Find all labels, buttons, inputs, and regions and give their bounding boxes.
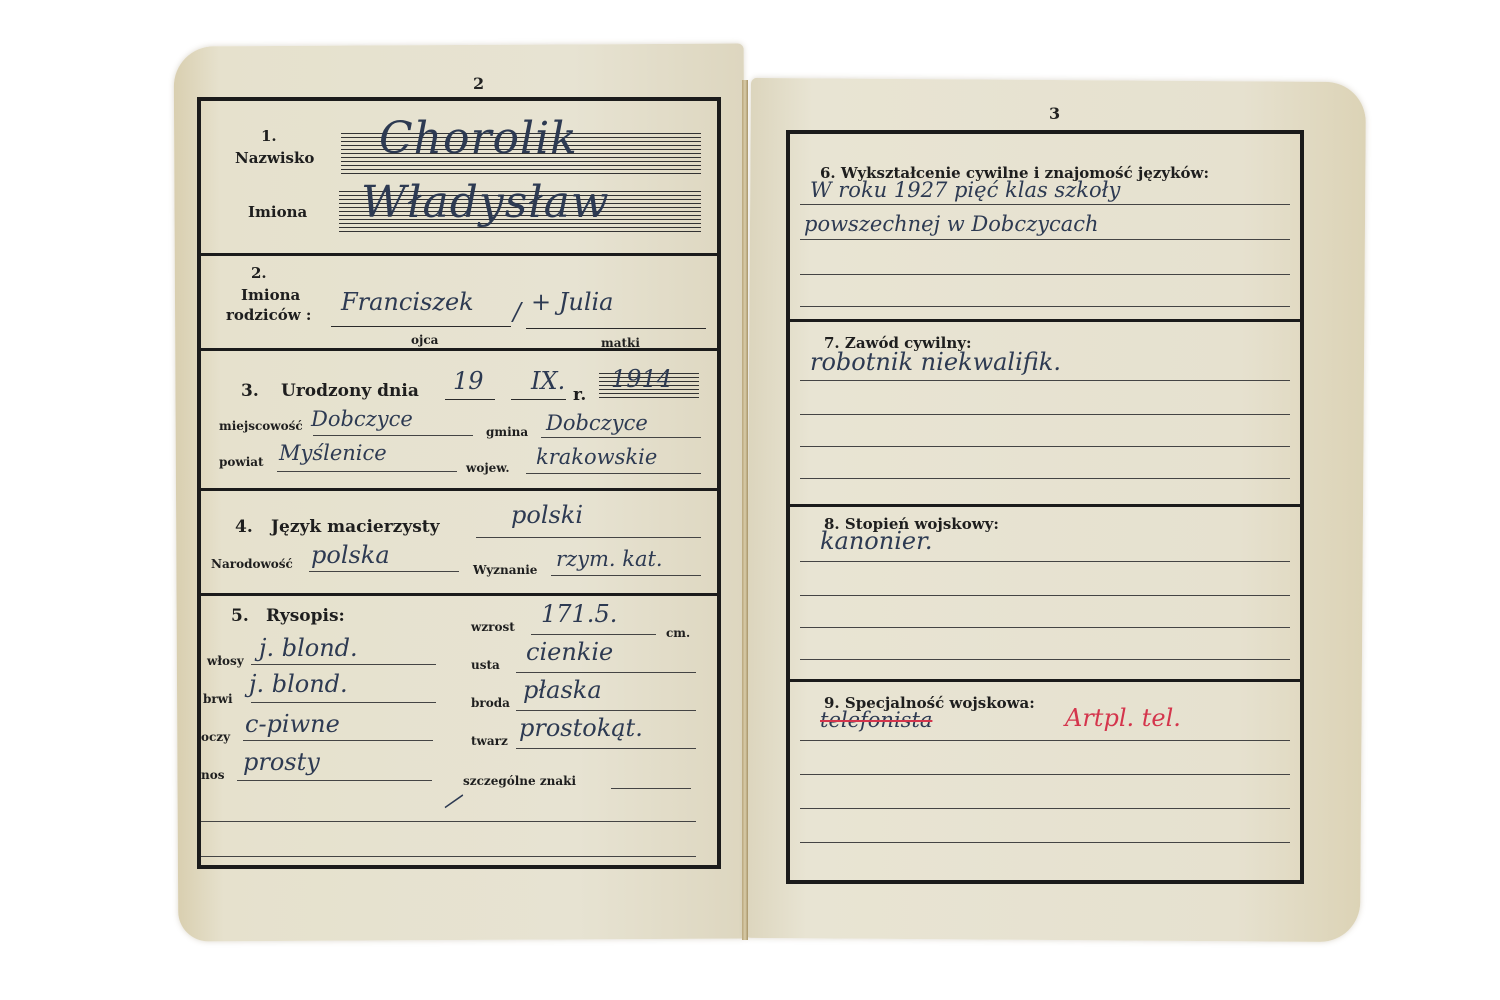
left-form-frame: 1. Nazwisko Chorolik Imiona Władysław 2.… [197,97,721,869]
birth-year-value: 1914 [611,365,672,393]
hair-line [251,664,436,665]
section-language: 4. Język macierzysty polski Narodowość p… [201,491,717,596]
mother-tongue-label: Język macierzysty [271,517,440,537]
height-value: 171.5. [541,600,617,628]
specialty-corrected-value: Artpl. tel. [1065,704,1181,732]
section-2-number: 2. [251,264,267,282]
section-description: 5. Rysopis: wzrost 171.5. cm. włosy j. b… [201,596,717,866]
height-label: wzrost [471,620,515,634]
section-1-number: 1. [261,127,277,145]
given-names-label: Imiona [248,203,307,221]
parents-label-line1: Imiona [241,286,300,304]
rank-line-4 [800,659,1290,660]
eyes-line [243,740,433,741]
section-profession: 7. Zawód cywilny: robotnik niekwalifik. [790,322,1300,507]
brows-line [251,702,436,703]
place-line [313,435,473,436]
parents-label-line2: rodziców : [226,306,311,324]
rank-line-3 [800,627,1290,628]
father-name-value: Franciszek [341,288,474,316]
face-label: twarz [471,734,508,748]
description-extra-line-2 [201,856,696,857]
voivodeship-label: wojew. [466,461,510,475]
rank-line-1 [800,561,1290,562]
born-label: Urodzony dnia [281,381,419,401]
given-names-value: Władysław [361,177,610,228]
section-name: 1. Nazwisko Chorolik Imiona Władysław [201,101,717,256]
parents-separator: / [513,298,521,326]
rank-value: kanonier. [820,527,933,555]
face-value: prostokąt. [519,714,643,742]
brows-value: j. blond. [249,670,348,698]
brows-label: brwi [203,692,233,706]
specialty-line-3 [800,808,1290,809]
father-caption: ojca [411,333,438,347]
mother-tongue-line [476,537,701,538]
education-line-1 [800,204,1290,205]
voivodeship-value: krakowskie [536,445,657,469]
district-label: powiat [219,455,264,469]
profession-line-1 [800,380,1290,381]
profession-value: robotnik niekwalifik. [810,348,1061,376]
education-value-line2: powszechnej w Dobczycach [804,212,1099,236]
hair-value: j. blond. [259,634,358,662]
father-line [331,326,511,327]
specialty-line-1 [800,740,1290,741]
profession-line-4 [800,478,1290,479]
nose-line [237,780,432,781]
mother-tongue-value: polski [511,501,583,529]
section-3-number: 3. [241,381,259,401]
surname-value: Chorolik [379,113,578,164]
chin-line [516,710,696,711]
booklet-spine [742,80,748,940]
profession-line-2 [800,414,1290,415]
district-line [277,471,457,472]
section-specialty: 9. Specjalność wojskowa: telefonista Art… [790,682,1300,880]
commune-line [541,437,701,438]
district-value: Myślenice [279,441,387,465]
mother-name-value: + Julia [531,288,613,316]
surname-label: Nazwisko [235,149,314,167]
profession-line-3 [800,446,1290,447]
religion-value: rzym. kat. [556,547,663,571]
description-title: Rysopis: [266,606,345,626]
page-number-left: 2 [473,74,484,93]
voivodeship-line [526,473,701,474]
section-5-number: 5. [231,606,249,626]
mouth-label: usta [471,658,500,672]
section-education: 6. Wykształcenie cywilne i znajomość jęz… [790,134,1300,322]
face-line [516,748,696,749]
nose-label: nos [201,768,224,782]
marks-label: szczególne znaki [463,774,576,788]
nationality-label: Narodowość [211,557,293,571]
mother-caption: matki [601,336,640,350]
religion-line [551,575,701,576]
section-parents: 2. Imiona rodziców : Franciszek / + Juli… [201,256,717,351]
education-line-2 [800,239,1290,240]
description-extra-line-1 [201,821,696,822]
month-line [511,399,566,400]
nationality-value: polska [311,541,390,569]
specialty-line-4 [800,842,1290,843]
birth-day-value: 19 [453,367,484,395]
year-label: r. [573,385,586,405]
place-value: Dobczyce [311,407,413,431]
education-line-4 [800,306,1290,307]
commune-value: Dobczyce [546,411,648,435]
commune-label: gmina [486,425,528,439]
section-4-number: 4. [235,517,253,537]
height-line [531,634,656,635]
chin-value: płaska [523,676,602,704]
page-number-right: 3 [1049,104,1060,123]
marks-line [611,788,691,789]
nose-value: prosty [243,748,320,776]
place-label: miejscowość [219,419,303,433]
section-rank: 8. Stopień wojskowy: kanonier. [790,507,1300,682]
education-line-3 [800,274,1290,275]
birth-month-value: IX. [531,367,565,395]
eyes-label: oczy [201,730,230,744]
eyes-value: c-piwne [245,710,340,738]
height-unit: cm. [666,626,690,640]
mother-line [526,328,706,329]
specialty-struck-value: telefonista [820,708,932,732]
right-form-frame: 6. Wykształcenie cywilne i znajomość jęz… [786,130,1304,884]
mouth-value: cienkie [526,638,613,666]
education-value-line1: W roku 1927 pięć klas szkoły [810,178,1120,202]
religion-label: Wyznanie [473,563,537,577]
mouth-line [516,672,696,673]
specialty-line-2 [800,774,1290,775]
rank-line-2 [800,595,1290,596]
nationality-line [309,571,459,572]
day-line [445,399,495,400]
chin-label: broda [471,696,510,710]
section-birth: 3. Urodzony dnia 19 IX. r. 1914 miejscow… [201,351,717,491]
hair-label: włosy [207,654,244,668]
